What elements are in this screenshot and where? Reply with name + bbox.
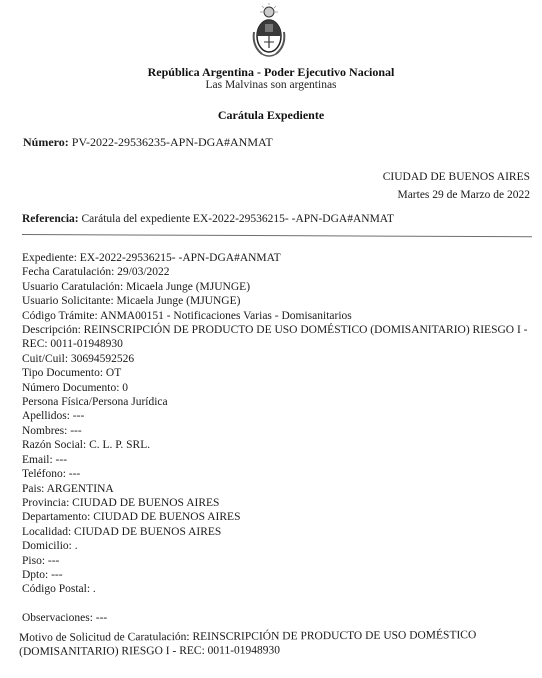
referencia-value: Carátula del expediente EX-2022-29536215… [82, 213, 394, 225]
argentina-coat-of-arms-icon [250, 2, 288, 60]
header-subtitle: Las Malvinas son argentinas [0, 79, 542, 91]
field-observaciones: Observaciones: --- [22, 611, 522, 625]
field-domicilio: Domicilio: . [22, 539, 522, 553]
motivo-line-1: Motivo de Solicitud de Caratulación: REI… [19, 628, 489, 645]
field-localidad: Localidad: CIUDAD DE BUENOS AIRES [22, 525, 522, 539]
numero-value: PV-2022-29536235-APN-DGA#ANMAT [72, 135, 273, 149]
field-fecha-caratulacion: Fecha Caratulación: 29/03/2022 [22, 265, 522, 279]
field-nombres: Nombres: --- [22, 424, 522, 438]
field-email: Email: --- [22, 453, 522, 467]
document-page: República Argentina - Poder Ejecutivo Na… [0, 0, 542, 678]
field-provincia: Provincia: CIUDAD DE BUENOS AIRES [22, 496, 522, 510]
field-cuit-cuil: Cuit/Cuil: 30694592526 [22, 352, 522, 366]
referencia-label: Referencia: [22, 213, 79, 225]
field-codigo-postal: Código Postal: . [22, 582, 522, 596]
field-apellidos: Apellidos: --- [22, 409, 522, 423]
field-descripcion: Descripción: REINSCRIPCIÓN DE PRODUCTO D… [22, 323, 522, 337]
header-title: República Argentina - Poder Ejecutivo Na… [0, 65, 542, 80]
document-number: Número: PV-2022-29536235-APN-DGA#ANMAT [23, 135, 273, 150]
field-tipo-documento: Tipo Documento: OT [22, 366, 522, 380]
field-telefono: Teléfono: --- [22, 467, 522, 481]
date: Martes 29 de Marzo de 2022 [383, 186, 530, 204]
motivo-solicitud: Motivo de Solicitud de Caratulación: REI… [19, 628, 489, 659]
spacer [22, 597, 522, 611]
location-date-block: CIUDAD DE BUENOS AIRES Martes 29 de Marz… [383, 168, 530, 204]
document-title: Carátula Expediente [0, 108, 542, 123]
field-usuario-caratulacion: Usuario Caratulación: Micaela Junge (MJU… [22, 280, 522, 294]
numero-label: Número: [23, 135, 69, 149]
field-list: Expediente: EX-2022-29536215- -APN-DGA#A… [22, 251, 522, 626]
city: CIUDAD DE BUENOS AIRES [383, 168, 530, 186]
field-persona-tipo: Persona Física/Persona Jurídica [22, 395, 522, 409]
field-dpto: Dpto: --- [22, 568, 522, 582]
field-razon-social: Razón Social: C. L. P. SRL. [22, 438, 522, 452]
field-piso: Piso: --- [22, 554, 522, 568]
field-usuario-solicitante: Usuario Solicitante: Micaela Junge (MJUN… [22, 294, 522, 308]
reference: Referencia: Carátula del expediente EX-2… [22, 213, 394, 225]
field-pais: Pais: ARGENTINA [22, 482, 522, 496]
field-numero-documento: Número Documento: 0 [22, 381, 522, 395]
field-expediente: Expediente: EX-2022-29536215- -APN-DGA#A… [22, 251, 522, 265]
field-departamento: Departamento: CIUDAD DE BUENOS AIRES [22, 510, 522, 524]
divider [22, 234, 532, 237]
field-descripcion-cont: REC: 0011-01948930 [22, 337, 522, 351]
field-codigo-tramite: Código Trámite: ANMA00151 - Notificacion… [22, 309, 522, 323]
motivo-line-2: (DOMISANITARIO) RIESGO I - REC: 0011-019… [19, 642, 489, 659]
